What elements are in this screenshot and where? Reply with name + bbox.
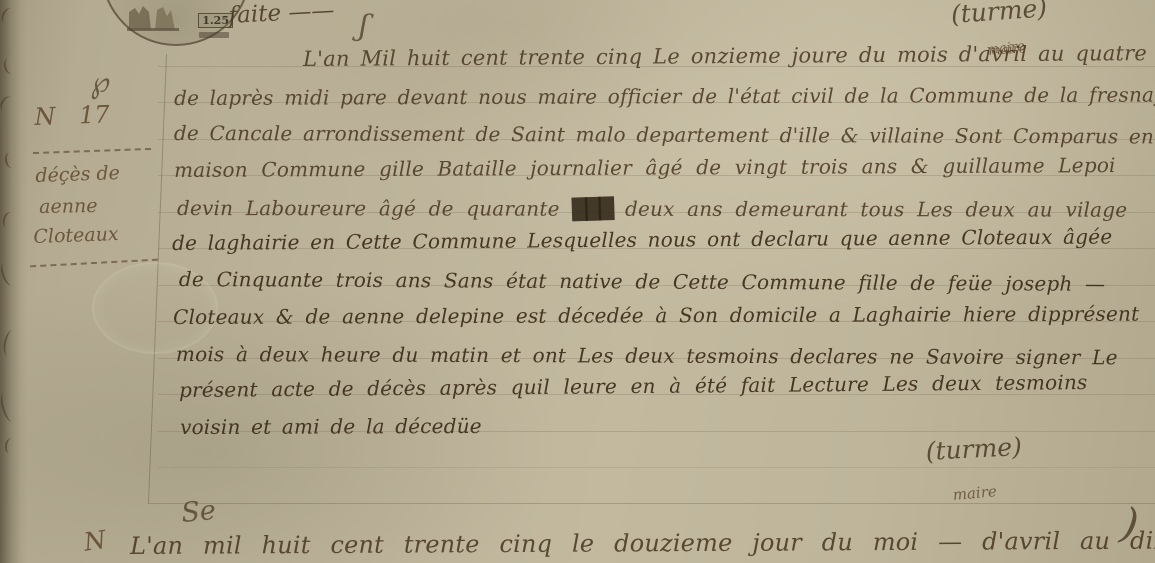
register-page: 1.25 faite —— ʃ (turme) maire ℘ N 17 déç…	[0, 0, 1155, 563]
faite-annotation: faite ——	[228, 0, 335, 29]
act-line-5-part1: devin Laboureure âgé de quarante	[177, 196, 560, 221]
act-line-2: de laprès midi pare devant nous maire of…	[174, 82, 1155, 110]
facing-page-ink-mark	[4, 437, 18, 455]
margin-dashed-rule	[33, 148, 151, 154]
pen-flourish: ʃ	[357, 8, 370, 44]
ruled-line	[148, 503, 1155, 504]
top-signature: (turme)	[950, 0, 1048, 29]
act-line-5-part2: deux ans demeurant tous Les deux au vila…	[625, 197, 1127, 222]
ruled-line	[158, 467, 1155, 468]
next-record-flourish: Se	[180, 495, 217, 529]
act-signature: (turme)	[925, 432, 1022, 466]
stamp-base-mark	[199, 32, 229, 38]
stamp-figures-icon	[125, 2, 191, 36]
act-line-4: maison Commune gille Bataille journalier…	[174, 153, 1116, 182]
act-line-6: de laghairie en Cette Commune Lesquelles…	[172, 224, 1112, 255]
margin-title-prenom: aenne	[39, 195, 98, 218]
struck-out-word: ███	[572, 196, 613, 221]
next-record-line-1: L'an mil huit cent trente cinq le douzie…	[130, 526, 1155, 560]
act-line-5: devin Laboureure âgé de quarante ███ deu…	[177, 196, 1127, 222]
act-line-10: présent acte de décès après quil leure e…	[179, 370, 1088, 402]
act-line-8: Cloteaux & de aenne delepine est décedée…	[173, 302, 1139, 329]
act-line-9: mois à deux heure du matin et ont Les de…	[176, 342, 1118, 369]
margin-paraph: ℘	[86, 65, 111, 101]
act-signature-title: maire	[952, 482, 997, 504]
record-number: N 17	[34, 100, 110, 131]
act-line-3: de Cancale arrondissement de Saint malo …	[174, 121, 1155, 149]
act-line-7: de Cinquante trois ans Sans état native …	[179, 267, 1105, 296]
next-record-number: N	[82, 525, 108, 557]
margin-title-nom: Cloteaux	[33, 223, 119, 248]
act-line-11: voisin et ami de la décedüe	[180, 414, 482, 439]
margin-title-deces: déçès de	[35, 162, 120, 187]
